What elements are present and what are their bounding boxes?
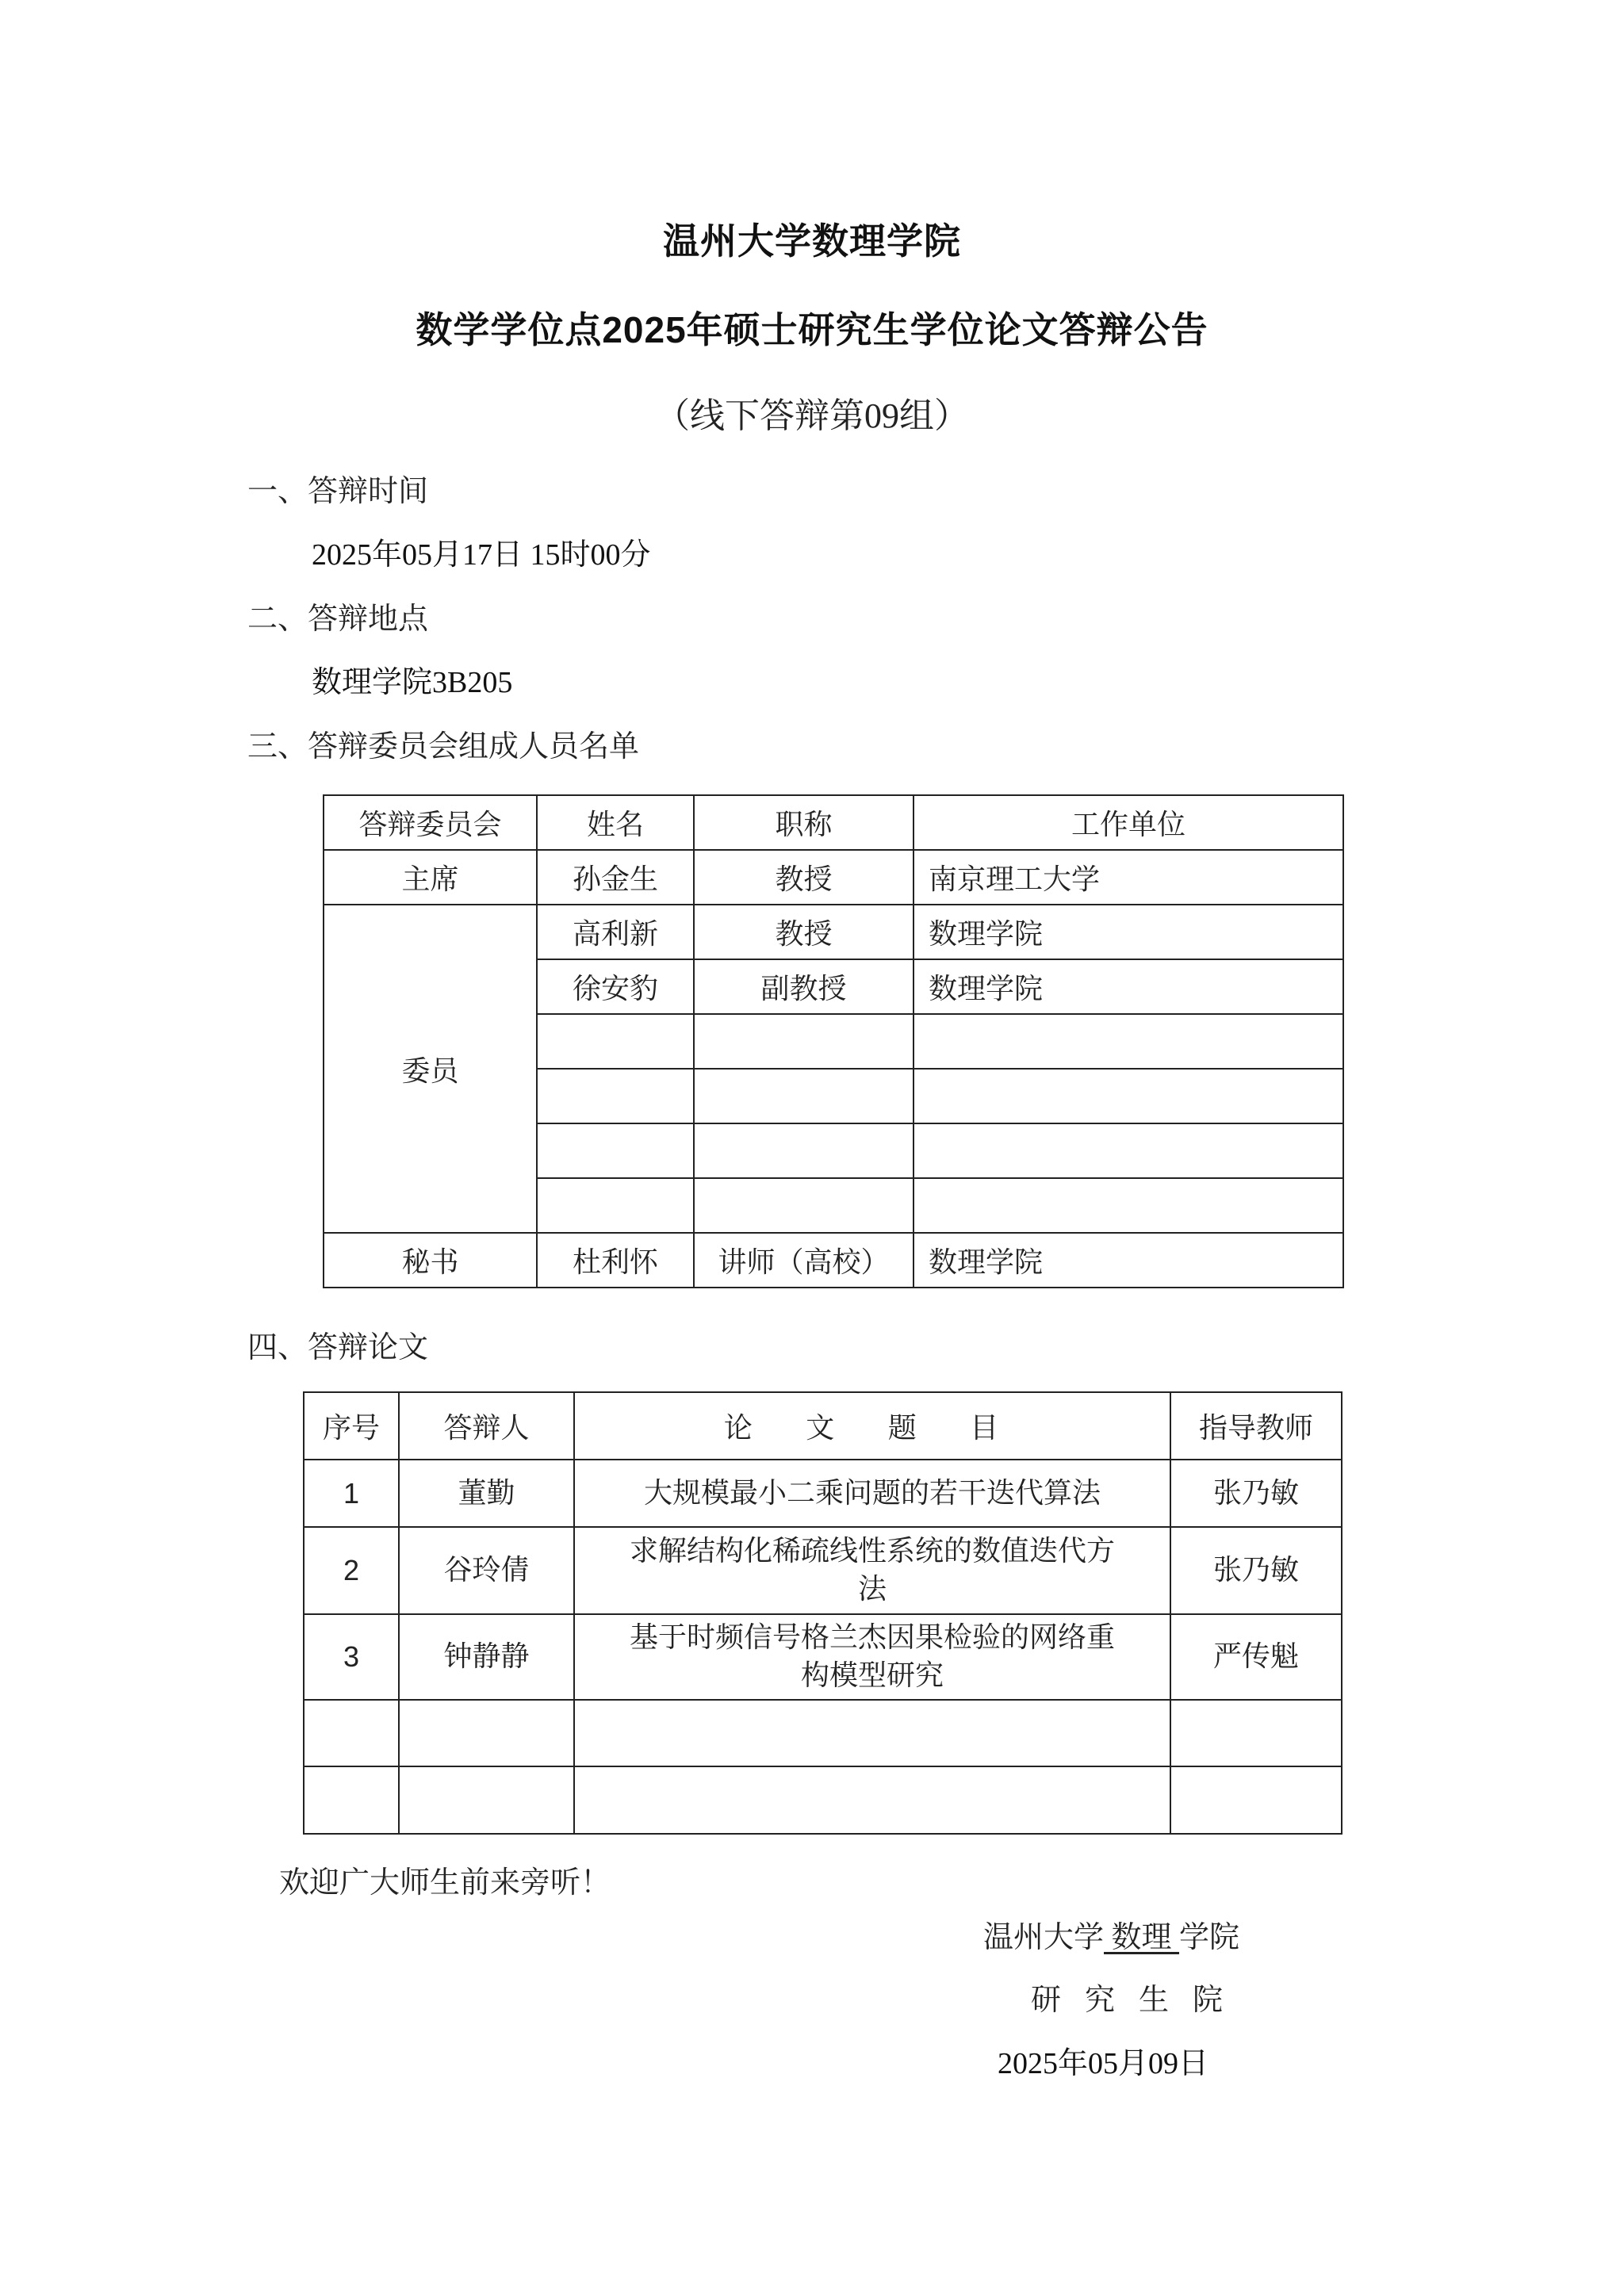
member-name <box>537 1178 694 1233</box>
members-role: 委员 <box>324 905 537 1233</box>
column-header-role: 答辩委员会 <box>324 795 537 850</box>
thesis-title-line: 法 <box>575 1571 1170 1609</box>
signature-suffix: 学院 <box>1179 1921 1239 1954</box>
committee-header-row: 答辩委员会 姓名 职称 工作单位 <box>324 795 1343 850</box>
thesis-title-line: 基于时频信号格兰杰因果检验的网络重 <box>575 1619 1170 1657</box>
member-unit <box>913 1014 1343 1069</box>
thesis-row: 1 董勤 大规模最小二乘问题的若干迭代算法 张乃敏 <box>304 1460 1342 1527</box>
member-name <box>537 1014 694 1069</box>
secretary-name: 杜利怀 <box>537 1233 694 1288</box>
committee-secretary-row: 秘书 杜利怀 讲师（高校） 数理学院 <box>324 1233 1343 1288</box>
section-heading-committee: 三、答辩委员会组成人员名单 <box>247 721 639 765</box>
chair-title: 教授 <box>694 850 913 905</box>
thesis-advisor: 严传魁 <box>1170 1614 1342 1700</box>
column-header-thesis-title: 论 文 题 目 <box>574 1392 1170 1460</box>
member-name: 徐安豹 <box>537 959 694 1014</box>
chair-unit: 南京理工大学 <box>913 850 1343 905</box>
member-unit <box>913 1178 1343 1233</box>
welcome-message: 欢迎广大师生前来旁听！ <box>279 1858 611 1901</box>
member-unit: 数理学院 <box>913 905 1343 959</box>
defense-time-value: 2025年05月17日 15时00分 <box>312 530 651 573</box>
thesis-number: 3 <box>304 1614 399 1700</box>
signature-graduate-school: 研究生院 <box>1031 1975 1247 2019</box>
secretary-role: 秘书 <box>324 1233 537 1288</box>
signature-date: 2025年05月09日 <box>998 2038 1208 2082</box>
chair-role: 主席 <box>324 850 537 905</box>
thesis-title <box>574 1766 1170 1834</box>
member-title <box>694 1123 913 1178</box>
section-heading-time: 一、答辩时间 <box>247 466 428 510</box>
member-title: 教授 <box>694 905 913 959</box>
thesis-advisor: 张乃敏 <box>1170 1460 1342 1527</box>
member-name: 高利新 <box>537 905 694 959</box>
thesis-row-empty <box>304 1700 1342 1766</box>
page-subtitle-group: （线下答辩第09组） <box>0 387 1624 438</box>
committee-table: 答辩委员会 姓名 职称 工作单位 主席 孙金生 教授 南京理工大学 委员 高利新… <box>323 794 1344 1288</box>
column-header-number: 序号 <box>304 1392 399 1460</box>
signature-college: 温州大学 数理 学院 <box>983 1912 1239 1956</box>
committee-chair-row: 主席 孙金生 教授 南京理工大学 <box>324 850 1343 905</box>
column-header-student: 答辩人 <box>399 1392 574 1460</box>
secretary-title: 讲师（高校） <box>694 1233 913 1288</box>
thesis-row: 3 钟静静 基于时频信号格兰杰因果检验的网络重 构模型研究 严传魁 <box>304 1614 1342 1700</box>
column-header-name: 姓名 <box>537 795 694 850</box>
thesis-number <box>304 1700 399 1766</box>
thesis-student <box>399 1766 574 1834</box>
thesis-title-line: 大规模最小二乘问题的若干迭代算法 <box>575 1475 1170 1513</box>
defense-place-value: 数理学院3B205 <box>312 657 512 701</box>
thesis-title: 求解结构化稀疏线性系统的数值迭代方 法 <box>574 1527 1170 1614</box>
thesis-title-line: 构模型研究 <box>575 1657 1170 1695</box>
member-title <box>694 1069 913 1123</box>
thesis-title <box>574 1700 1170 1766</box>
thesis-number <box>304 1766 399 1834</box>
column-header-advisor: 指导教师 <box>1170 1392 1342 1460</box>
theses-table: 序号 答辩人 论 文 题 目 指导教师 1 董勤 大规模最小二乘问题的若干迭代算… <box>303 1391 1342 1835</box>
member-name <box>537 1069 694 1123</box>
thesis-number: 1 <box>304 1460 399 1527</box>
column-header-title: 职称 <box>694 795 913 850</box>
section-heading-place: 二、答辩地点 <box>247 594 428 637</box>
column-header-unit: 工作单位 <box>913 795 1343 850</box>
page-title-university: 温州大学数理学院 <box>0 212 1624 265</box>
theses-header-row: 序号 答辩人 论 文 题 目 指导教师 <box>304 1392 1342 1460</box>
member-title <box>694 1178 913 1233</box>
thesis-title: 基于时频信号格兰杰因果检验的网络重 构模型研究 <box>574 1614 1170 1700</box>
thesis-row-empty <box>304 1766 1342 1834</box>
page-title-announcement: 数学学位点2025年硕士研究生学位论文答辩公告 <box>0 301 1624 354</box>
member-unit: 数理学院 <box>913 959 1343 1014</box>
thesis-student <box>399 1700 574 1766</box>
thesis-student: 钟静静 <box>399 1614 574 1700</box>
signature-department: 数理 <box>1104 1921 1179 1954</box>
member-name <box>537 1123 694 1178</box>
secretary-unit: 数理学院 <box>913 1233 1343 1288</box>
section-heading-theses: 四、答辩论文 <box>247 1322 428 1366</box>
thesis-student: 谷玲倩 <box>399 1527 574 1614</box>
member-unit <box>913 1123 1343 1178</box>
thesis-student: 董勤 <box>399 1460 574 1527</box>
thesis-advisor <box>1170 1700 1342 1766</box>
committee-member-row: 委员 高利新 教授 数理学院 <box>324 905 1343 959</box>
signature-prefix: 温州大学 <box>983 1921 1104 1954</box>
thesis-number: 2 <box>304 1527 399 1614</box>
member-title <box>694 1014 913 1069</box>
thesis-advisor: 张乃敏 <box>1170 1527 1342 1614</box>
member-title: 副教授 <box>694 959 913 1014</box>
thesis-title: 大规模最小二乘问题的若干迭代算法 <box>574 1460 1170 1527</box>
member-unit <box>913 1069 1343 1123</box>
thesis-row: 2 谷玲倩 求解结构化稀疏线性系统的数值迭代方 法 张乃敏 <box>304 1527 1342 1614</box>
thesis-advisor <box>1170 1766 1342 1834</box>
chair-name: 孙金生 <box>537 850 694 905</box>
thesis-title-line: 求解结构化稀疏线性系统的数值迭代方 <box>575 1533 1170 1571</box>
